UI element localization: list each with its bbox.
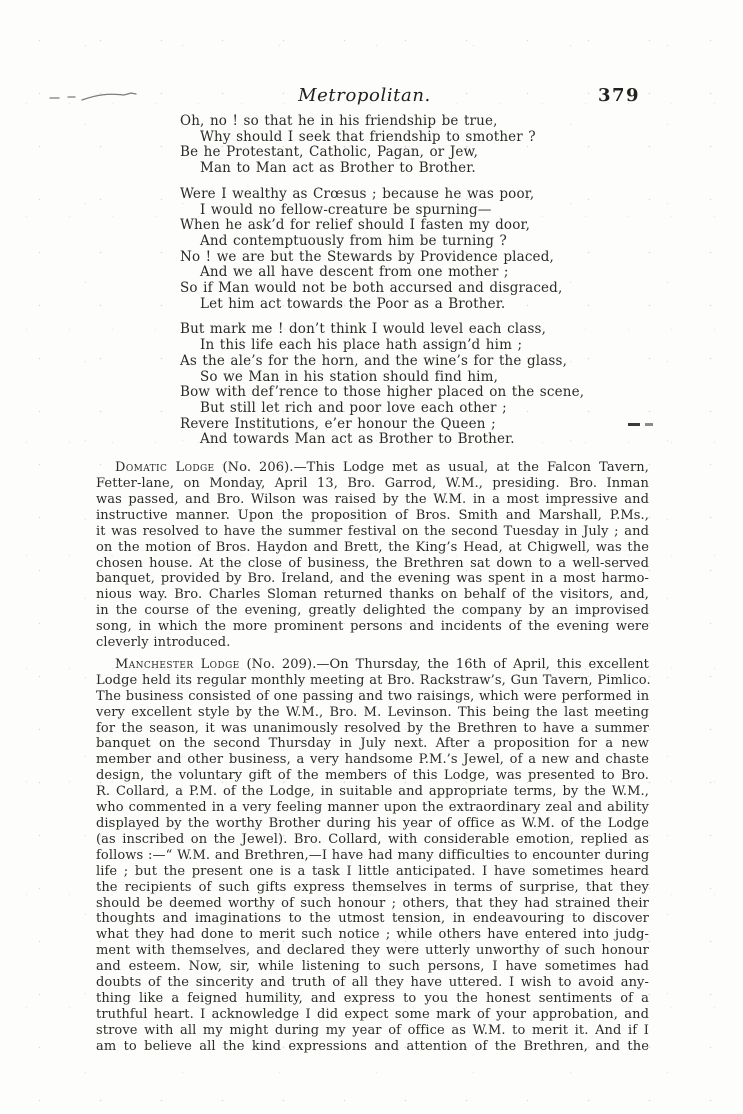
article-line: cleverly introduced. [96, 635, 649, 651]
article-line: it was resolved to have the summer festi… [96, 524, 649, 540]
scanned-page: Metropolitan. 379 Oh, no ! so that he in… [0, 0, 743, 1114]
poem-line: But mark me ! don’t think I would level … [180, 322, 649, 338]
poem-stanza: Were I wealthy as Crœsus ; because he wa… [180, 187, 649, 313]
poem-line: Bow with def’rence to those higher place… [180, 385, 649, 401]
poem-line: And contemptuously from him be turning ? [180, 234, 649, 250]
article-line: ment with themselves, and declared they … [96, 943, 649, 959]
article-line: banquet on the second Thursday in July n… [96, 736, 649, 752]
poem-line: And we all have descent from one mother … [180, 265, 649, 281]
article-line: follows :—“ W.M. and Brethren,—I have ha… [96, 848, 649, 864]
lodge-name: Manchester Lodge [115, 657, 240, 672]
article-line: The business consisted of one passing an… [96, 689, 649, 705]
poem-line: Why should I seek that friendship to smo… [180, 130, 649, 146]
page-content: Oh, no ! so that he in his friendship be… [96, 114, 649, 1061]
article-line: and esteem. Now, sir, while listening to… [96, 959, 649, 975]
poem-line: So we Man in his station should find him… [180, 370, 649, 386]
article-line: on the motion of Bros. Haydon and Brett,… [96, 540, 649, 556]
poem-line: So if Man would not be both accursed and… [180, 281, 649, 297]
poem-line: Revere Institutions, e’er honour the Que… [180, 417, 649, 433]
poem-line: And towards Man act as Brother to Brothe… [180, 432, 649, 448]
article-line: nious way. Bro. Charles Sloman returned … [96, 587, 649, 603]
article-line: banquet, provided by Bro. Ireland, and t… [96, 571, 649, 587]
running-header: Metropolitan. 379 [0, 85, 743, 107]
page-number: 379 [598, 85, 640, 106]
article-line: Lodge held its regular monthly meeting a… [96, 673, 649, 689]
article-line: instructive manner. Upon the proposition… [96, 508, 649, 524]
article-line: for the season, it was unanimously resol… [96, 721, 649, 737]
poem-line: When he ask’d for relief should I fasten… [180, 218, 649, 234]
article-domatic-lodge: Domatic Lodge (No. 206).—This Lodge met … [96, 460, 649, 651]
poem-line: Be he Protestant, Catholic, Pagan, or Je… [180, 145, 649, 161]
article-line: in the course of the evening, greatly de… [96, 603, 649, 619]
poem-line: As the ale’s for the horn, and the wine’… [180, 354, 649, 370]
article-line: displayed by the worthy Brother during h… [96, 816, 649, 832]
article-line: who commented in a very feeling manner u… [96, 800, 649, 816]
article-line: song, in which the more prominent person… [96, 619, 649, 635]
article-line: design, the voluntary gift of the member… [96, 768, 649, 784]
poem-stanza: Oh, no ! so that he in his friendship be… [180, 114, 649, 177]
article-line: Fetter-lane, on Monday, April 13, Bro. G… [96, 476, 649, 492]
article-line: Domatic Lodge (No. 206).—This Lodge met … [96, 460, 649, 476]
poem-line: In this life each his place hath assign’… [180, 338, 649, 354]
article-line: thing like a feigned humility, and expre… [96, 991, 649, 1007]
poem-line: No ! we are but the Stewards by Providen… [180, 250, 649, 266]
article-line: chosen house. At the close of business, … [96, 556, 649, 572]
article-line: (as inscribed on the Jewel). Bro. Collar… [96, 832, 649, 848]
article-line: life ; but the present one is a task I l… [96, 864, 649, 880]
poem-line: Were I wealthy as Crœsus ; because he wa… [180, 187, 649, 203]
article-line: Manchester Lodge (No. 209).—On Thursday,… [96, 657, 649, 673]
article-line: member and other business, a very handso… [96, 752, 649, 768]
article-line: thoughts and imaginations to the utmost … [96, 911, 649, 927]
poem-line: Man to Man act as Brother to Brother. [180, 161, 649, 177]
article-line: am to believe all the kind expressions a… [96, 1039, 649, 1055]
article-manchester-lodge: Manchester Lodge (No. 209).—On Thursday,… [96, 657, 649, 1055]
article-line: doubts of the sincerity and truth of all… [96, 975, 649, 991]
poem-line: But still let rich and poor love each ot… [180, 401, 649, 417]
poem-line: I would no fellow-creature be spurning— [180, 203, 649, 219]
article-line: the recipients of such gifts express the… [96, 880, 649, 896]
lodge-name: Domatic Lodge [115, 460, 215, 475]
article-line: strove with all my might during my year … [96, 1023, 649, 1039]
article-line: what they had done to merit such notice … [96, 927, 649, 943]
poem-line: Oh, no ! so that he in his friendship be… [180, 114, 649, 130]
poem-stanza: But mark me ! don’t think I would level … [180, 322, 649, 448]
poem-line: Let him act towards the Poor as a Brothe… [180, 297, 649, 313]
article-line: truthful heart. I acknowledge I did expe… [96, 1007, 649, 1023]
article-line: was passed, and Bro. Wilson was raised b… [96, 492, 649, 508]
article-line: very excellent style by the W.M., Bro. M… [96, 705, 649, 721]
lodge-reports: Domatic Lodge (No. 206).—This Lodge met … [96, 460, 649, 1055]
article-line: R. Collard, a P.M. of the Lodge, in suit… [96, 784, 649, 800]
article-line: should be deemed worthy of such honour ;… [96, 896, 649, 912]
poem: Oh, no ! so that he in his friendship be… [180, 114, 649, 448]
